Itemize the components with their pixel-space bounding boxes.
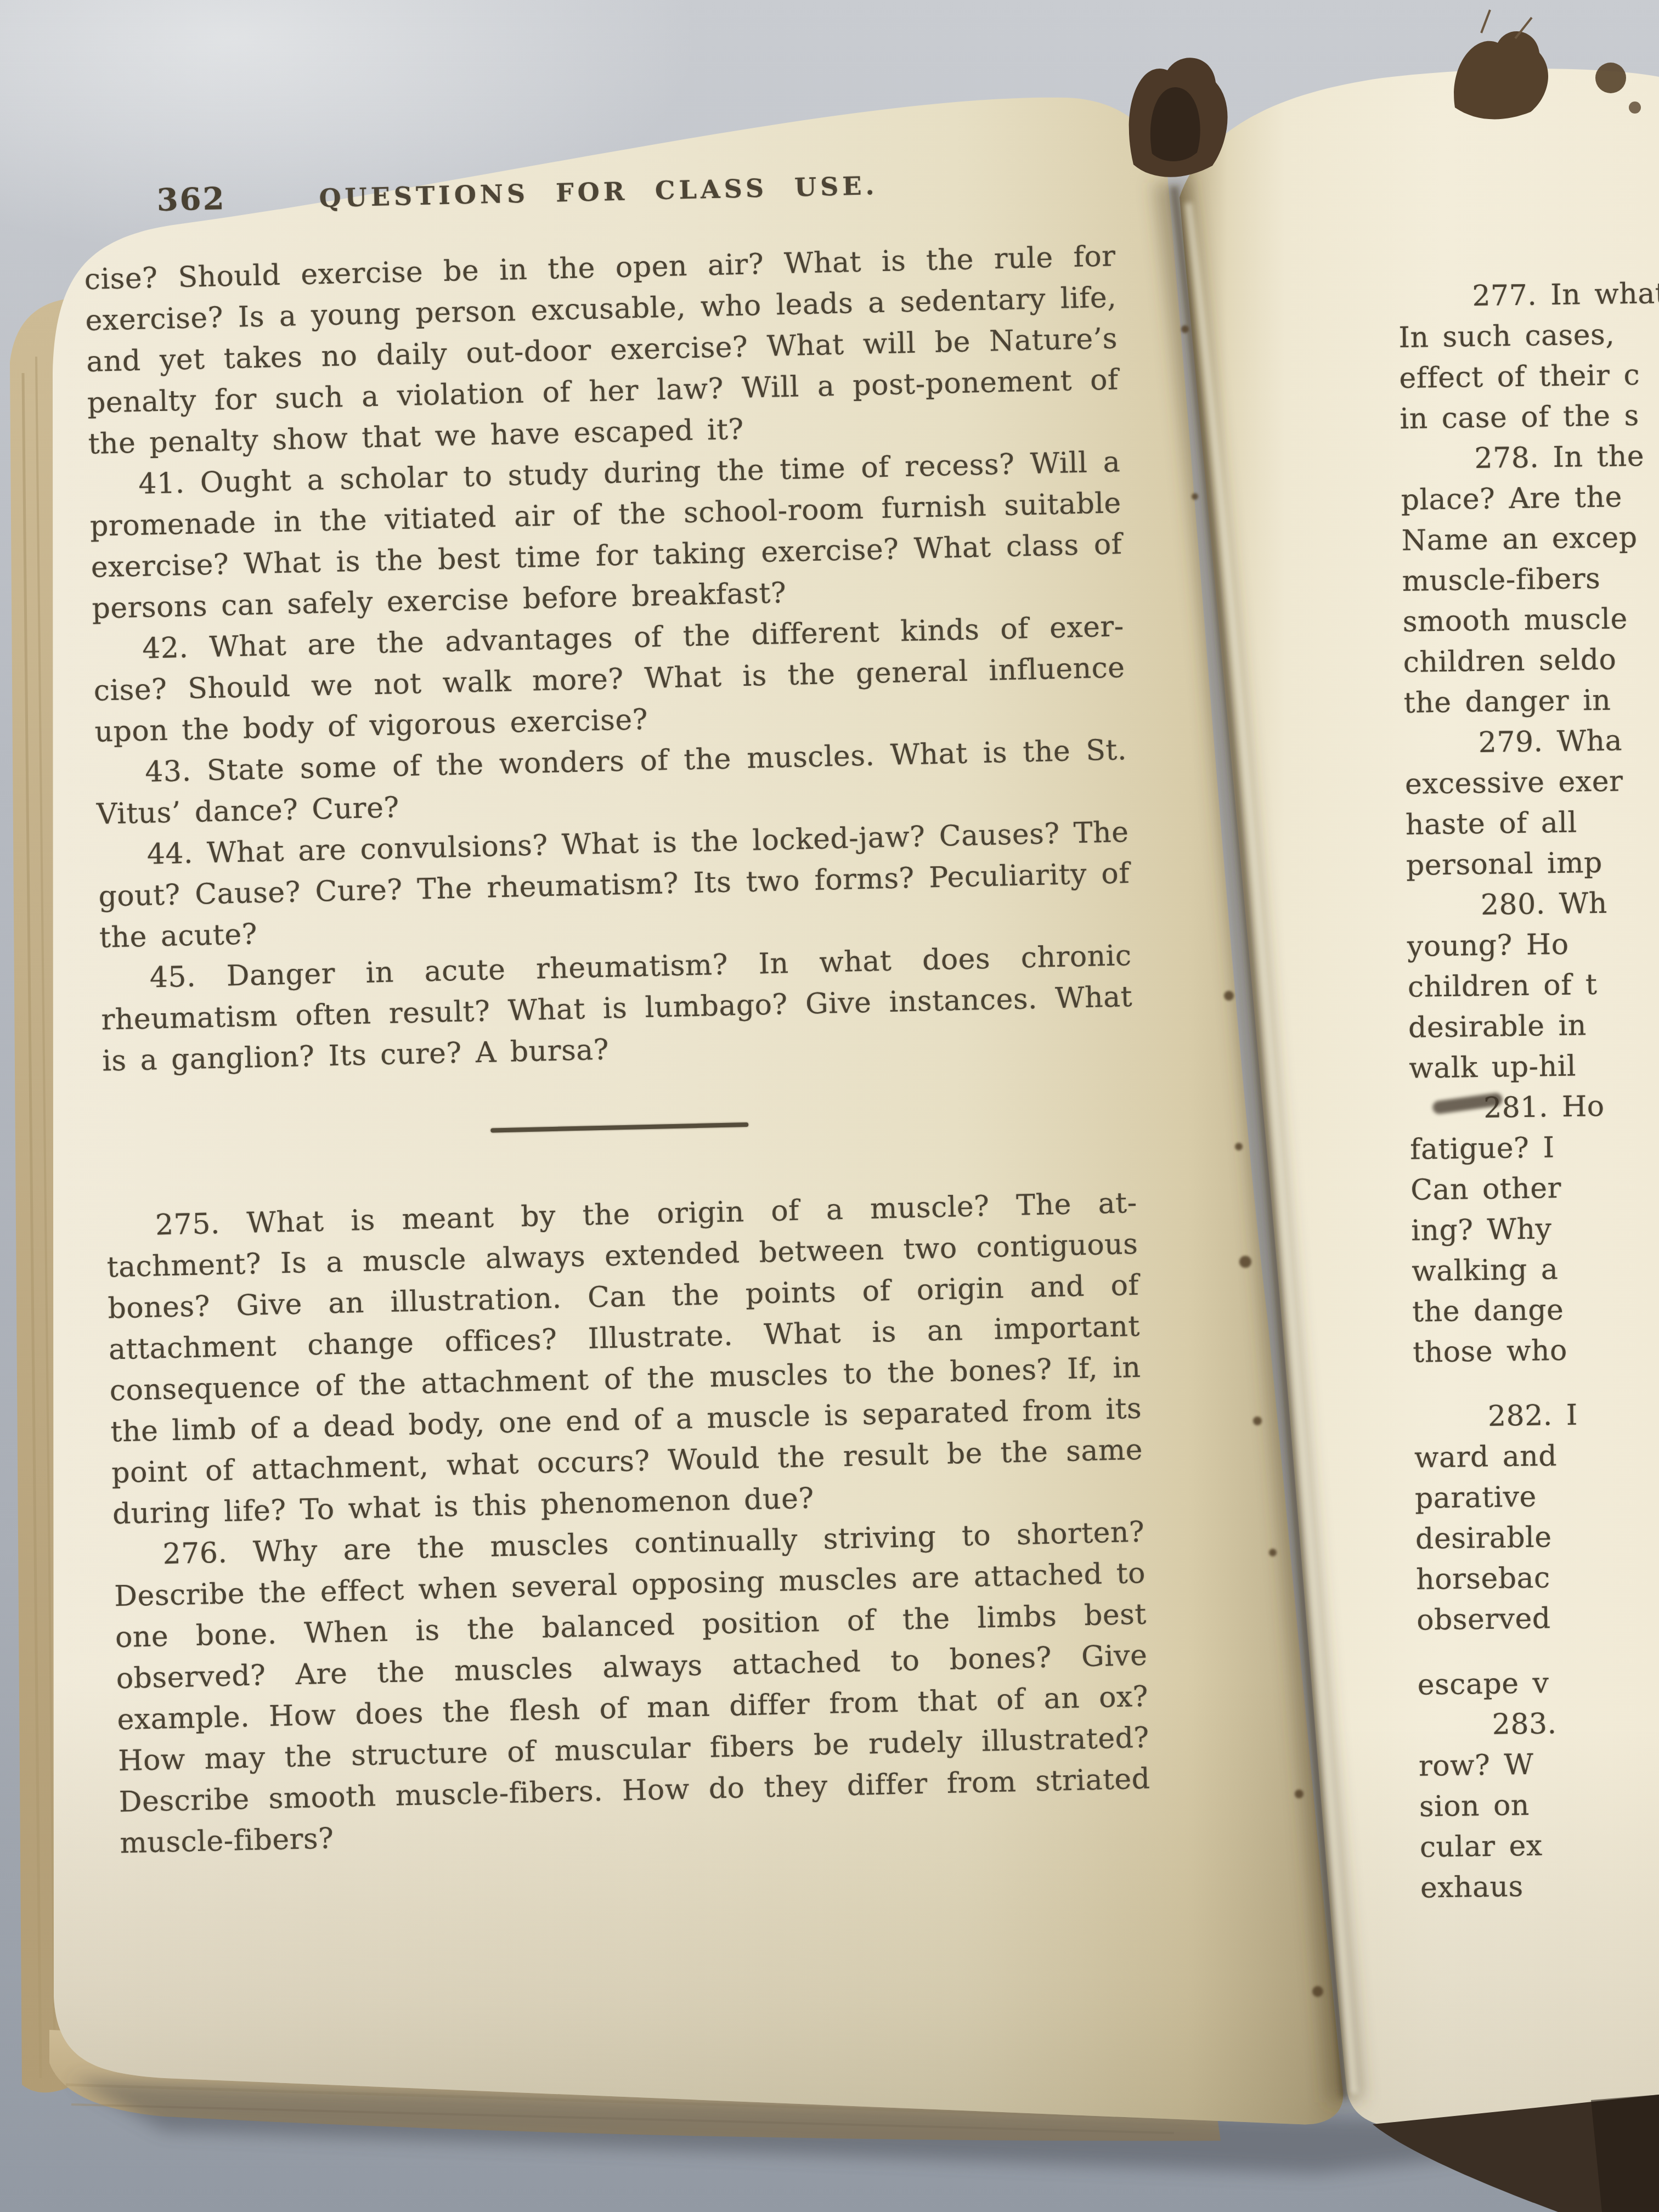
section-divider — [490, 1122, 748, 1133]
text-line: parative — [1415, 1474, 1659, 1519]
text-line: desirable — [1415, 1514, 1659, 1560]
line-277: 277. In what — [1398, 272, 1659, 318]
text-line: Name an excep — [1401, 516, 1659, 561]
text-line: fatigue? I — [1410, 1125, 1659, 1170]
text-line: in case of the s — [1400, 394, 1659, 439]
text-line: In such cases, — [1398, 313, 1659, 358]
paragraph-42: 42. What are the advantages of the diffe… — [92, 606, 1126, 753]
paragraph-275: 275. What is meant by the origin of a mu… — [105, 1183, 1144, 1535]
paragraph-continuation: cise? Should exercise be in the open air… — [84, 236, 1120, 465]
text-line: personal imp — [1406, 840, 1659, 886]
paragraph-44: 44. What are convulsions? What is the lo… — [97, 812, 1131, 959]
text-line: walk up-hil — [1409, 1043, 1659, 1089]
text-line: escape v — [1417, 1660, 1659, 1706]
text-line: excessive exer — [1404, 759, 1659, 805]
text-line: desirable in — [1408, 1003, 1659, 1048]
paragraph-41: 41. Ought a scholar to study during the … — [89, 442, 1124, 630]
text-line: effect of their c — [1399, 353, 1659, 399]
text-line: young? Ho — [1407, 922, 1659, 967]
text-line: sion on — [1419, 1782, 1659, 1827]
text-line: walking a — [1412, 1246, 1659, 1292]
binding-tuft-right — [1595, 63, 1626, 93]
text-line: row? W — [1418, 1741, 1659, 1787]
text-line: Can other — [1410, 1165, 1659, 1211]
text-line: haste of all — [1405, 800, 1659, 845]
text-line: observed — [1417, 1595, 1659, 1641]
text-line: the danger in — [1403, 678, 1659, 724]
line-278: 278. In the — [1400, 435, 1659, 480]
page-number: 362 — [156, 180, 226, 218]
line-279: 279. Wha — [1404, 719, 1659, 764]
text-line: ing? Why — [1411, 1206, 1659, 1251]
text-line: cular ex — [1419, 1822, 1659, 1868]
left-page-text: 362 QUESTIONS FOR CLASS USE. cise? Shoul… — [82, 160, 1152, 1864]
text-line: exhaus — [1420, 1863, 1659, 1909]
right-page-text: 277. In what In such cases, effect of th… — [1398, 272, 1659, 1908]
line-282: 282. I — [1414, 1392, 1659, 1438]
paragraph-45: 45. Danger in acute rheumatism? In what … — [100, 935, 1134, 1082]
text-line: horsebac — [1416, 1555, 1659, 1600]
running-head: QUESTIONS FOR CLASS USE. — [319, 171, 878, 213]
text-line: muscle-fibers — [1402, 556, 1659, 602]
text-line: place? Are the — [1401, 475, 1659, 521]
text-line: smooth muscle — [1402, 597, 1659, 642]
text-line: those who — [1413, 1328, 1659, 1373]
photo-open-book: 362 QUESTIONS FOR CLASS USE. cise? Shoul… — [0, 0, 1659, 2212]
text-line: the dange — [1412, 1287, 1659, 1333]
line-280: 280. Wh — [1406, 881, 1659, 927]
text-line: children seldo — [1403, 637, 1659, 683]
text-line: ward and — [1414, 1433, 1659, 1479]
paragraph-276: 276. Why are the muscles continually str… — [113, 1512, 1152, 1864]
text-line: children of t — [1408, 962, 1659, 1008]
line-283: 283. — [1418, 1701, 1659, 1746]
